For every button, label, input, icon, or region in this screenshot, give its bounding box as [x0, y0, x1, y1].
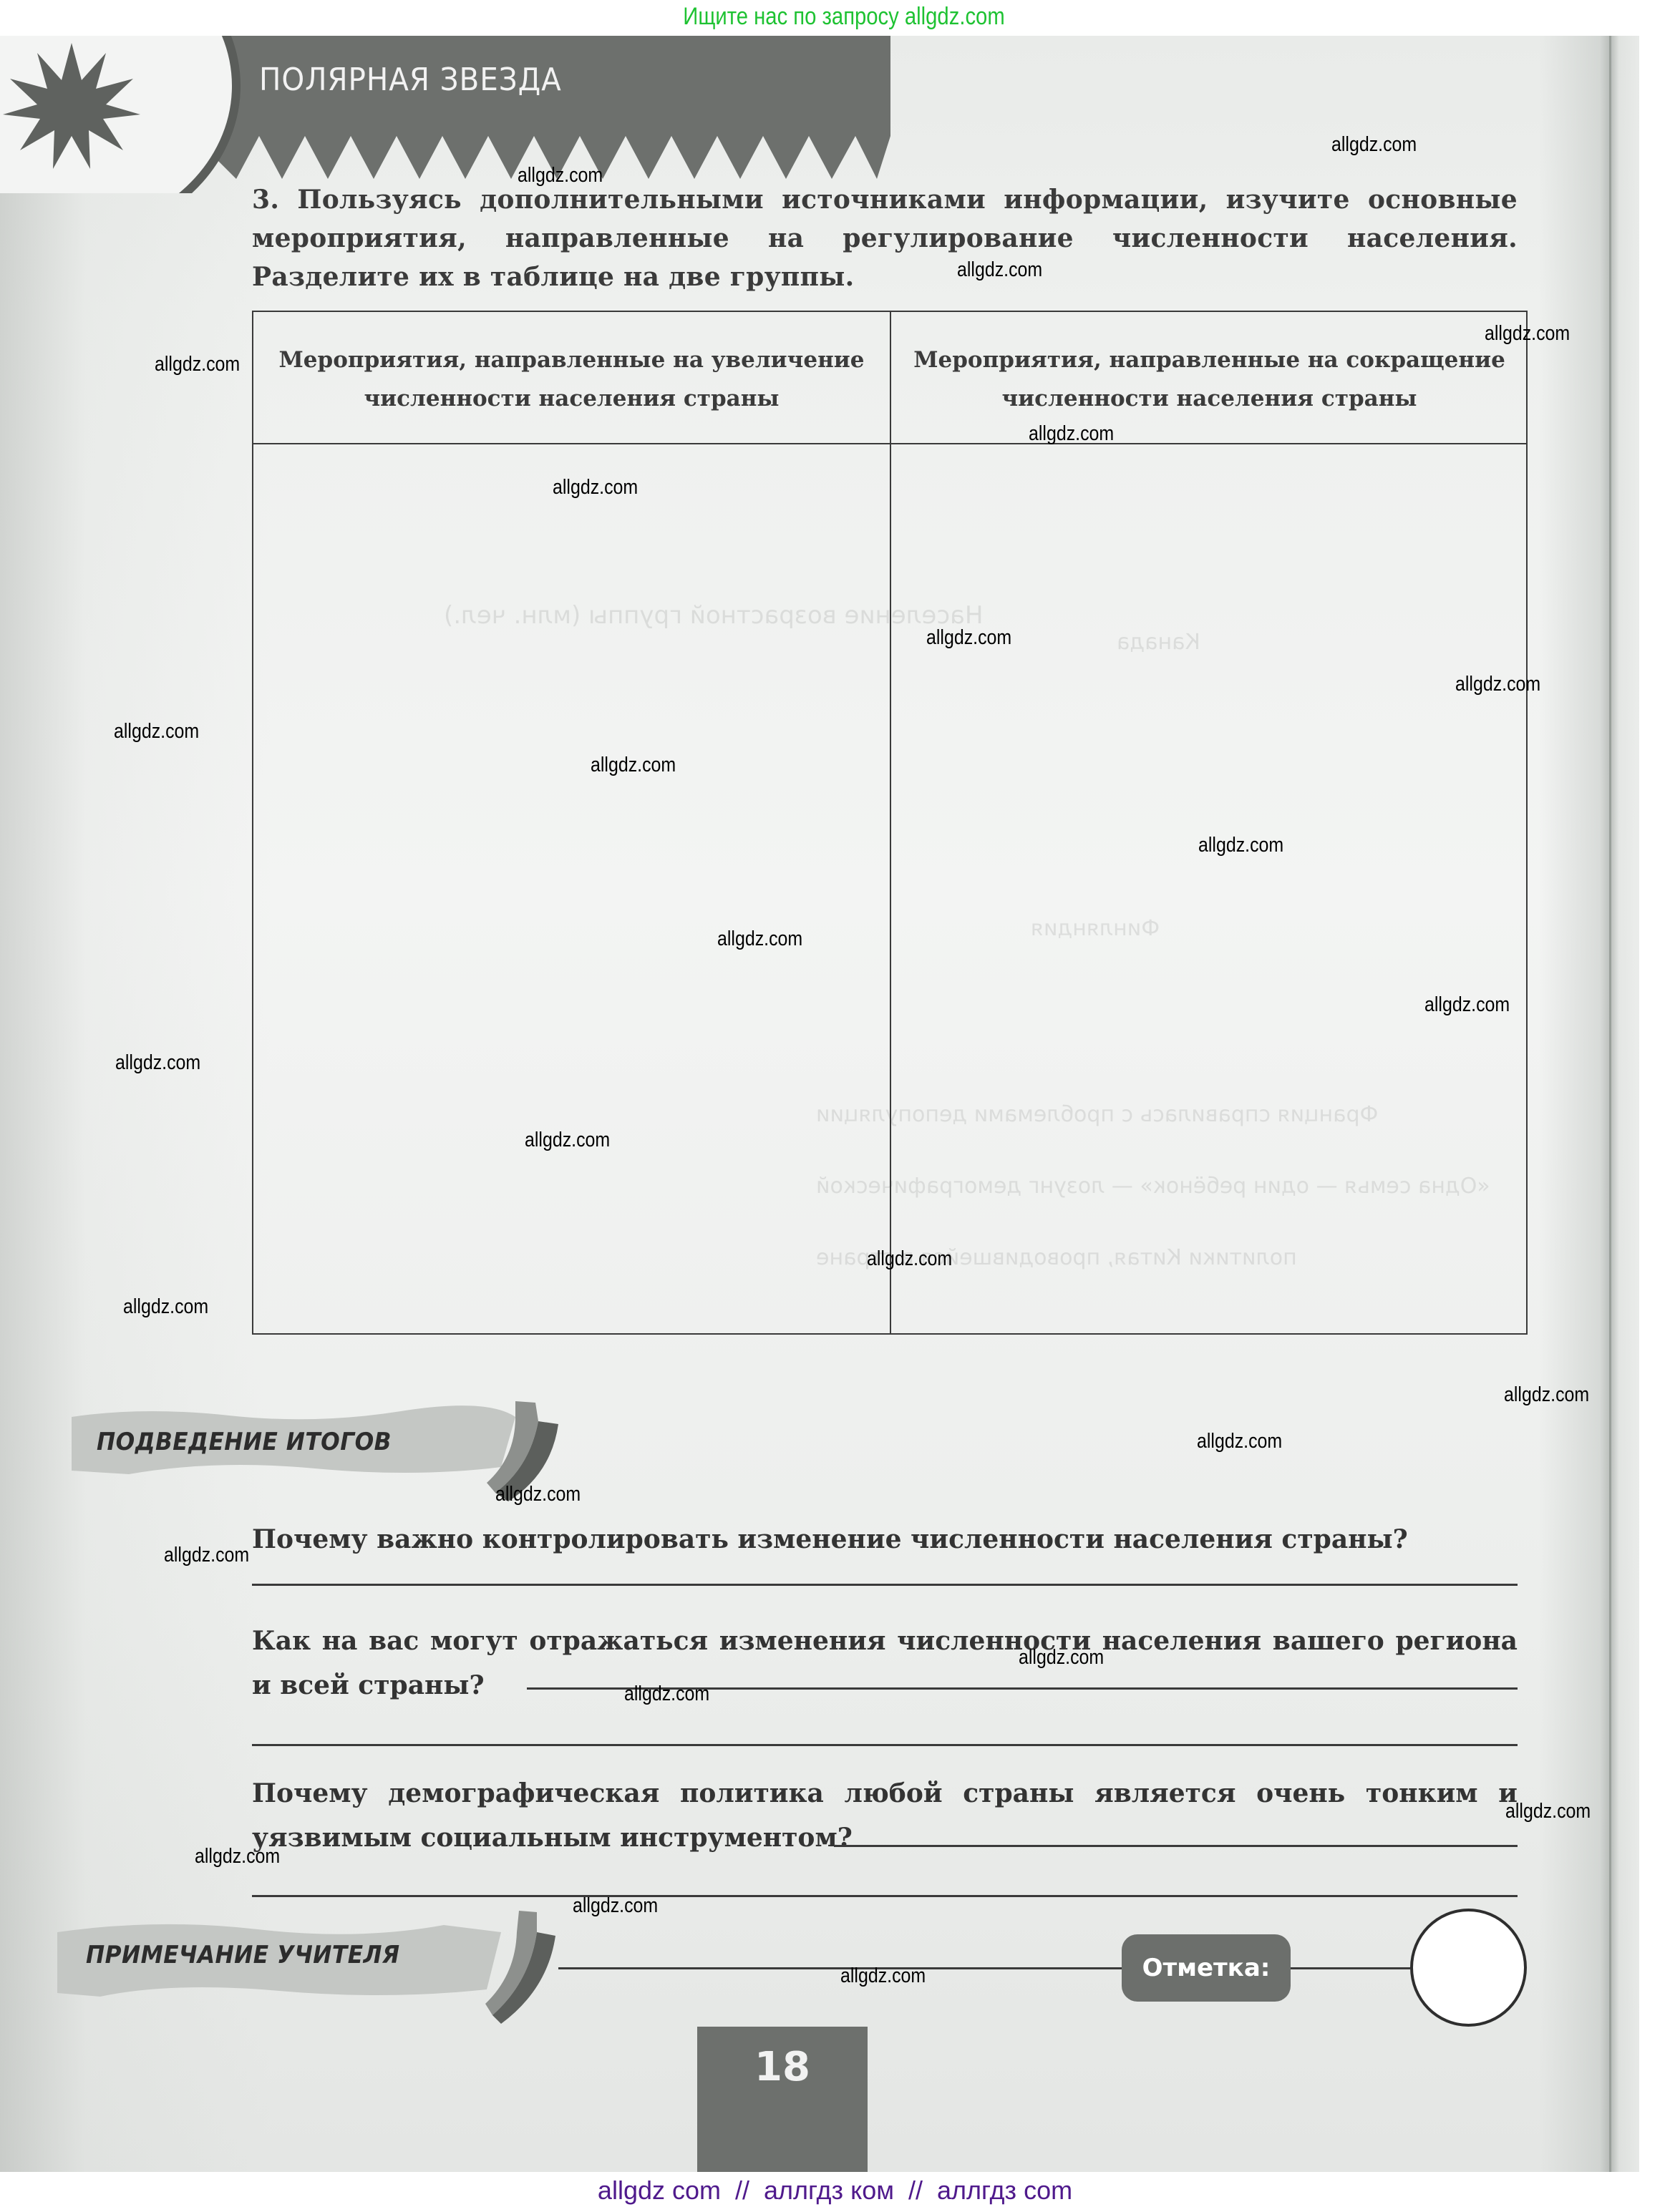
watermark: allgdz.com [1505, 1800, 1591, 1823]
watermark: allgdz.com [573, 1894, 658, 1918]
watermark: allgdz.com [957, 258, 1042, 282]
page-number-box: 18 [697, 2027, 868, 2172]
watermark: allgdz.com [591, 754, 676, 777]
page-number: 18 [754, 2044, 810, 2172]
watermark: allgdz.com [1424, 993, 1510, 1017]
watermark: allgdz.com [624, 1682, 709, 1706]
polar-star-icon [0, 36, 143, 179]
watermark: allgdz.com [1331, 133, 1417, 157]
watermark: allgdz.com [115, 1051, 200, 1075]
page-spine [1609, 36, 1611, 2172]
answer-cell-increase[interactable] [253, 444, 890, 1333]
footer-watermark: allgdz com // аллгдз ком // аллгдз com [0, 2176, 1670, 2206]
watermark: allgdz.com [717, 927, 802, 951]
answer-line-3b[interactable] [252, 1895, 1518, 1897]
watermark: allgdz.com [1485, 322, 1570, 346]
watermark: allgdz.com [1197, 1430, 1282, 1453]
column-header-increase: Мероприятия, направленные на увеличение … [253, 322, 890, 437]
watermark: allgdz.com [114, 720, 199, 744]
watermark: allgdz.com [926, 626, 1011, 650]
mark-connector [1291, 1967, 1410, 1969]
answer-line-3a[interactable] [834, 1845, 1518, 1847]
watermark: allgdz.com [495, 1483, 581, 1506]
teacher-note-title: ПРИМЕЧАНИЕ УЧИТЕЛЯ [86, 1941, 400, 1969]
watermark: allgdz.com [155, 353, 240, 376]
watermark: allgdz.com [1019, 1646, 1104, 1670]
answer-line-1[interactable] [252, 1584, 1518, 1586]
watermark: allgdz.com [518, 164, 603, 187]
mark-label: Отметка: [1122, 1934, 1291, 2002]
task-text: 3. Пользуясь дополнительными источниками… [252, 180, 1518, 296]
search-banner: Ищите нас по запросу allgdz.com [683, 3, 984, 31]
watermark: allgdz.com [525, 1129, 610, 1152]
measures-table: Мероприятия, направленные на увеличение … [252, 311, 1528, 1335]
mark-field[interactable] [1410, 1909, 1527, 2027]
watermark: allgdz.com [553, 476, 638, 500]
question-2: Как на вас могут отражаться изменения чи… [252, 1619, 1518, 1707]
watermark: allgdz.com [1029, 422, 1114, 446]
watermark: allgdz.com [195, 1845, 280, 1868]
question-1: Почему важно контролировать изменение чи… [252, 1517, 1518, 1561]
watermark: allgdz.com [164, 1544, 249, 1567]
watermark: allgdz.com [840, 1964, 926, 1988]
watermark: allgdz.com [123, 1295, 208, 1319]
column-header-decrease: Мероприятия, направленные на сокращение … [891, 322, 1528, 437]
answer-line-2b[interactable] [252, 1744, 1518, 1746]
answer-cell-decrease[interactable] [891, 444, 1528, 1333]
series-title: ПОЛЯРНАЯ ЗВЕЗДА [259, 62, 562, 98]
watermark: allgdz.com [1455, 673, 1540, 696]
watermark: allgdz.com [867, 1247, 952, 1271]
watermark: allgdz.com [1198, 834, 1283, 857]
watermark: allgdz.com [1504, 1383, 1589, 1407]
summary-title: ПОДВЕДЕНИЕ ИТОГОВ [97, 1428, 392, 1456]
